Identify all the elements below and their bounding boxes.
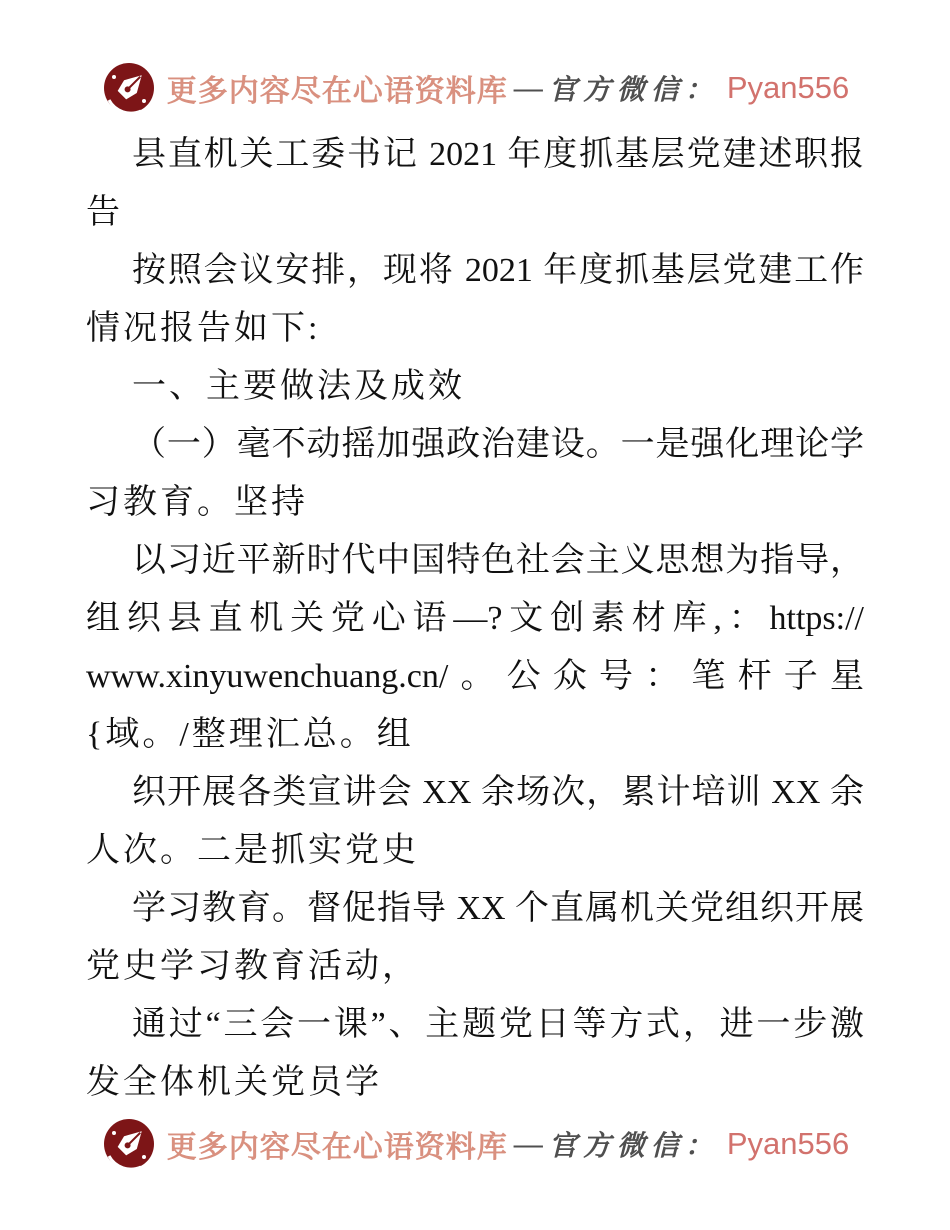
brand-text: 更多内容尽在心语资料库 [167, 66, 508, 110]
text-line: （一）毫不动摇加强政治建设。一是强化理论学 [86, 416, 864, 474]
pen-nib-logo-icon [101, 1116, 157, 1172]
text-line: 告 [86, 184, 864, 242]
brand-text: 更多内容尽在心语资料库 [167, 1122, 508, 1166]
text-line: 学习教育。督促指导 XX 个直属机关党组织开展 [86, 880, 864, 938]
text-line: 以习近平新时代中国特色社会主义思想为指导， [86, 532, 864, 590]
text-line: 党史学习教育活动， [86, 938, 864, 996]
text-line: 织开展各类宣讲会 XX 余场次，累计培训 XX 余 [86, 764, 864, 822]
dash-separator: — [514, 1128, 543, 1161]
text-line: 按照会议安排，现将 2021 年度抓基层党建工作 [86, 242, 864, 300]
text-line: www.xinyuwenchuang.cn/。公众号：笔杆子星 [86, 648, 864, 706]
pen-nib-logo-icon [101, 60, 157, 116]
wechat-label: 官方微信： [549, 68, 719, 108]
text-line: 一、主要做法及成效 [86, 358, 864, 416]
header-watermark: 更多内容尽在心语资料库—官方微信： Pyan556 [0, 60, 950, 116]
text-line: 习教育。坚持 [86, 474, 864, 532]
text-line: 情况报告如下: [86, 300, 864, 358]
wechat-id: Pyan556 [727, 70, 849, 106]
wechat-id: Pyan556 [727, 1126, 849, 1162]
text-line: 发全体机关党员学 [86, 1054, 864, 1112]
text-line: 通过“三会一课”、主题党日等方式，进一步激 [86, 996, 864, 1054]
text-line: 县直机关工委书记 2021 年度抓基层党建述职报 [86, 126, 864, 184]
text-line: {域。/整理汇总。组 [86, 706, 864, 764]
footer-watermark: 更多内容尽在心语资料库—官方微信： Pyan556 [0, 1116, 950, 1172]
document-body: 县直机关工委书记 2021 年度抓基层党建述职报告按照会议安排，现将 2021 … [86, 126, 864, 1112]
wechat-label: 官方微信： [549, 1124, 719, 1164]
text-line: 人次。二是抓实党史 [86, 822, 864, 880]
dash-separator: — [514, 72, 543, 105]
text-line: 组织县直机关党心语—?文创素材库,：https:// [86, 590, 864, 648]
